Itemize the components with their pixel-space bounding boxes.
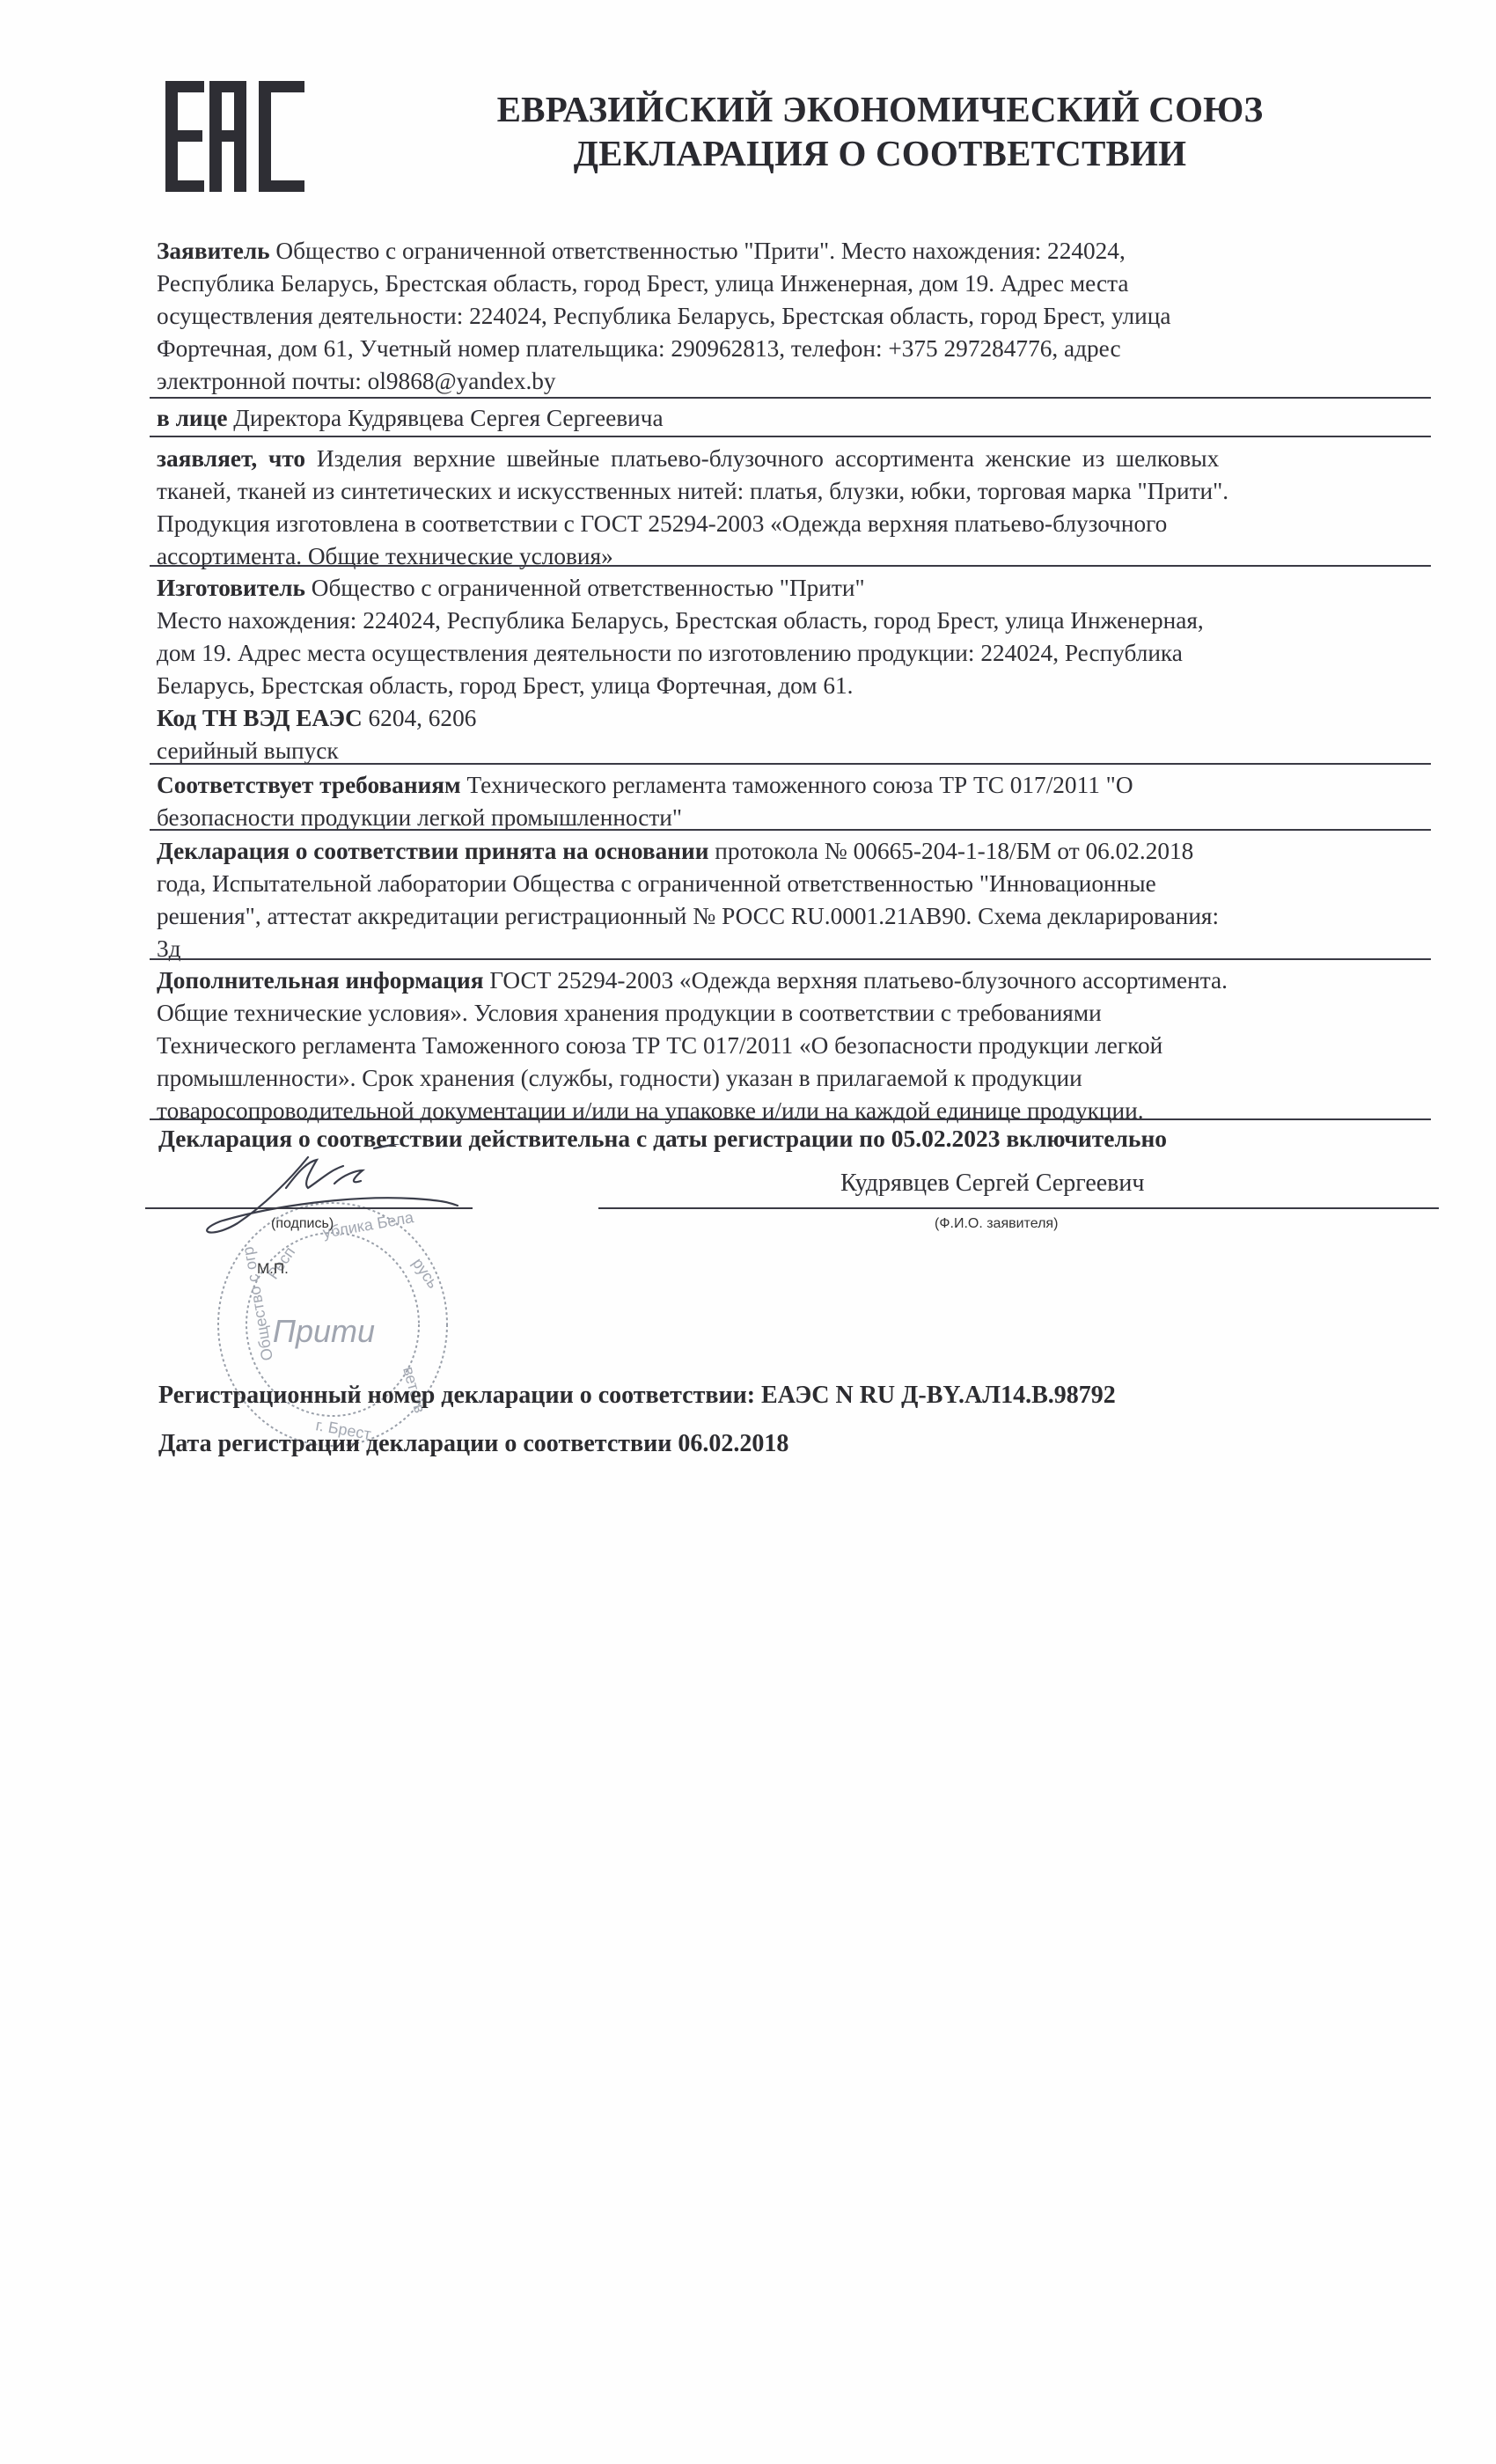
union-title: ЕВРАЗИЙСКИЙ ЭКОНОМИЧЕСКИЙ СОЮЗ (414, 88, 1346, 130)
divider (150, 397, 1431, 399)
name-line (598, 1207, 1439, 1209)
hs-code-line: Код ТН ВЭД ЕАЭС 6204, 6206 (157, 702, 1433, 735)
manufacturer-line-1: Изготовитель Общество с ограниченной отв… (157, 572, 1433, 605)
applicant-full-name: Кудрявцев Сергей Сергеевич (840, 1167, 1144, 1199)
stamp-mp-label: М.П. (257, 1260, 289, 1278)
divider (150, 1118, 1431, 1120)
declares-line-4: ассортимента. Общие технические условия» (157, 540, 1433, 573)
conformity-line-1: Соответствует требованиям Технического р… (157, 769, 1433, 802)
declares-line-1: заявляет, что Изделия верхние швейные пл… (157, 443, 1433, 475)
declares-line-3: Продукция изготовлена в соответствии с Г… (157, 508, 1433, 540)
divider (150, 763, 1431, 765)
declares-line-2: тканей, тканей из синтетических и искусс… (157, 475, 1433, 508)
manufacturer-line-4: Беларусь, Брестская область, город Брест… (157, 670, 1433, 702)
stamp-name: Прити (273, 1313, 375, 1349)
divider (150, 958, 1431, 960)
hs-code-value: 6204, 6206 (363, 705, 477, 731)
applicant-email-line: электронной почты: ol9868@yandex.by (157, 365, 1433, 398)
applicant-name-caption: (Ф.И.О. заявителя) (935, 1216, 1058, 1232)
additional-info-line-1: Дополнительная информация ГОСТ 25294-200… (157, 964, 1433, 997)
additional-info-line-5: товаросопроводительной документации и/ил… (157, 1095, 1433, 1127)
applicant-line-4: Фортечная, дом 61, Учетный номер платель… (157, 333, 1433, 365)
basis-line-2: года, Испытательной лаборатории Общества… (157, 868, 1433, 900)
signature-icon (176, 1144, 546, 1241)
signature-line (145, 1207, 473, 1209)
applicant-line-1: Заявитель Общество с ограниченной ответс… (157, 235, 1433, 268)
applicant-label: Заявитель (157, 238, 270, 264)
divider (150, 829, 1431, 831)
declares-label: заявляет, что (157, 445, 305, 472)
eac-mark-icon (164, 81, 306, 192)
applicant-line-2: Республика Беларусь, Брестская область, … (157, 268, 1433, 300)
additional-info-line-2: Общие технические условия». Условия хран… (157, 997, 1433, 1030)
represented-by-label: в лице (157, 405, 227, 431)
additional-info-line-3: Технического регламента Таможенного союз… (157, 1030, 1433, 1062)
signature-caption: (подпись) (271, 1216, 334, 1232)
conformity-label: Соответствует требованиям (157, 772, 461, 798)
basis-line-3: решения", аттестат аккредитации регистра… (157, 900, 1433, 933)
document-title: ДЕКЛАРАЦИЯ О СООТВЕТСТВИИ (414, 132, 1346, 174)
hs-code-label: Код ТН ВЭД ЕАЭС (157, 705, 363, 731)
additional-info-line-4: промышленности». Срок хранения (службы, … (157, 1062, 1433, 1095)
registration-date: Дата регистрации декларации о соответств… (158, 1430, 788, 1458)
manufacturer-line-3: дом 19. Адрес места осуществления деятел… (157, 637, 1433, 670)
represented-by-line: в лице Директора Кудрявцева Сергея Серге… (157, 402, 1433, 435)
divider (150, 565, 1431, 567)
basis-label: Декларация о соответствии принята на осн… (157, 838, 708, 864)
manufacturer-label: Изготовитель (157, 575, 305, 601)
additional-info-label: Дополнительная информация (157, 967, 484, 994)
registration-number: Регистрационный номер декларации о соотв… (158, 1382, 1116, 1410)
divider (150, 436, 1431, 437)
svg-text:русь: русь (409, 1255, 443, 1292)
applicant-line-3: осуществления деятельности: 224024, Респ… (157, 300, 1433, 333)
basis-scheme: 3д (157, 933, 1433, 965)
basis-line-1: Декларация о соответствии принята на осн… (157, 835, 1433, 868)
declaration-page: ЕВРАЗИЙСКИЙ ЭКОНОМИЧЕСКИЙ СОЮЗ ДЕКЛАРАЦИ… (0, 0, 1496, 2464)
manufacturer-line-2: Место нахождения: 224024, Республика Бел… (157, 605, 1433, 637)
